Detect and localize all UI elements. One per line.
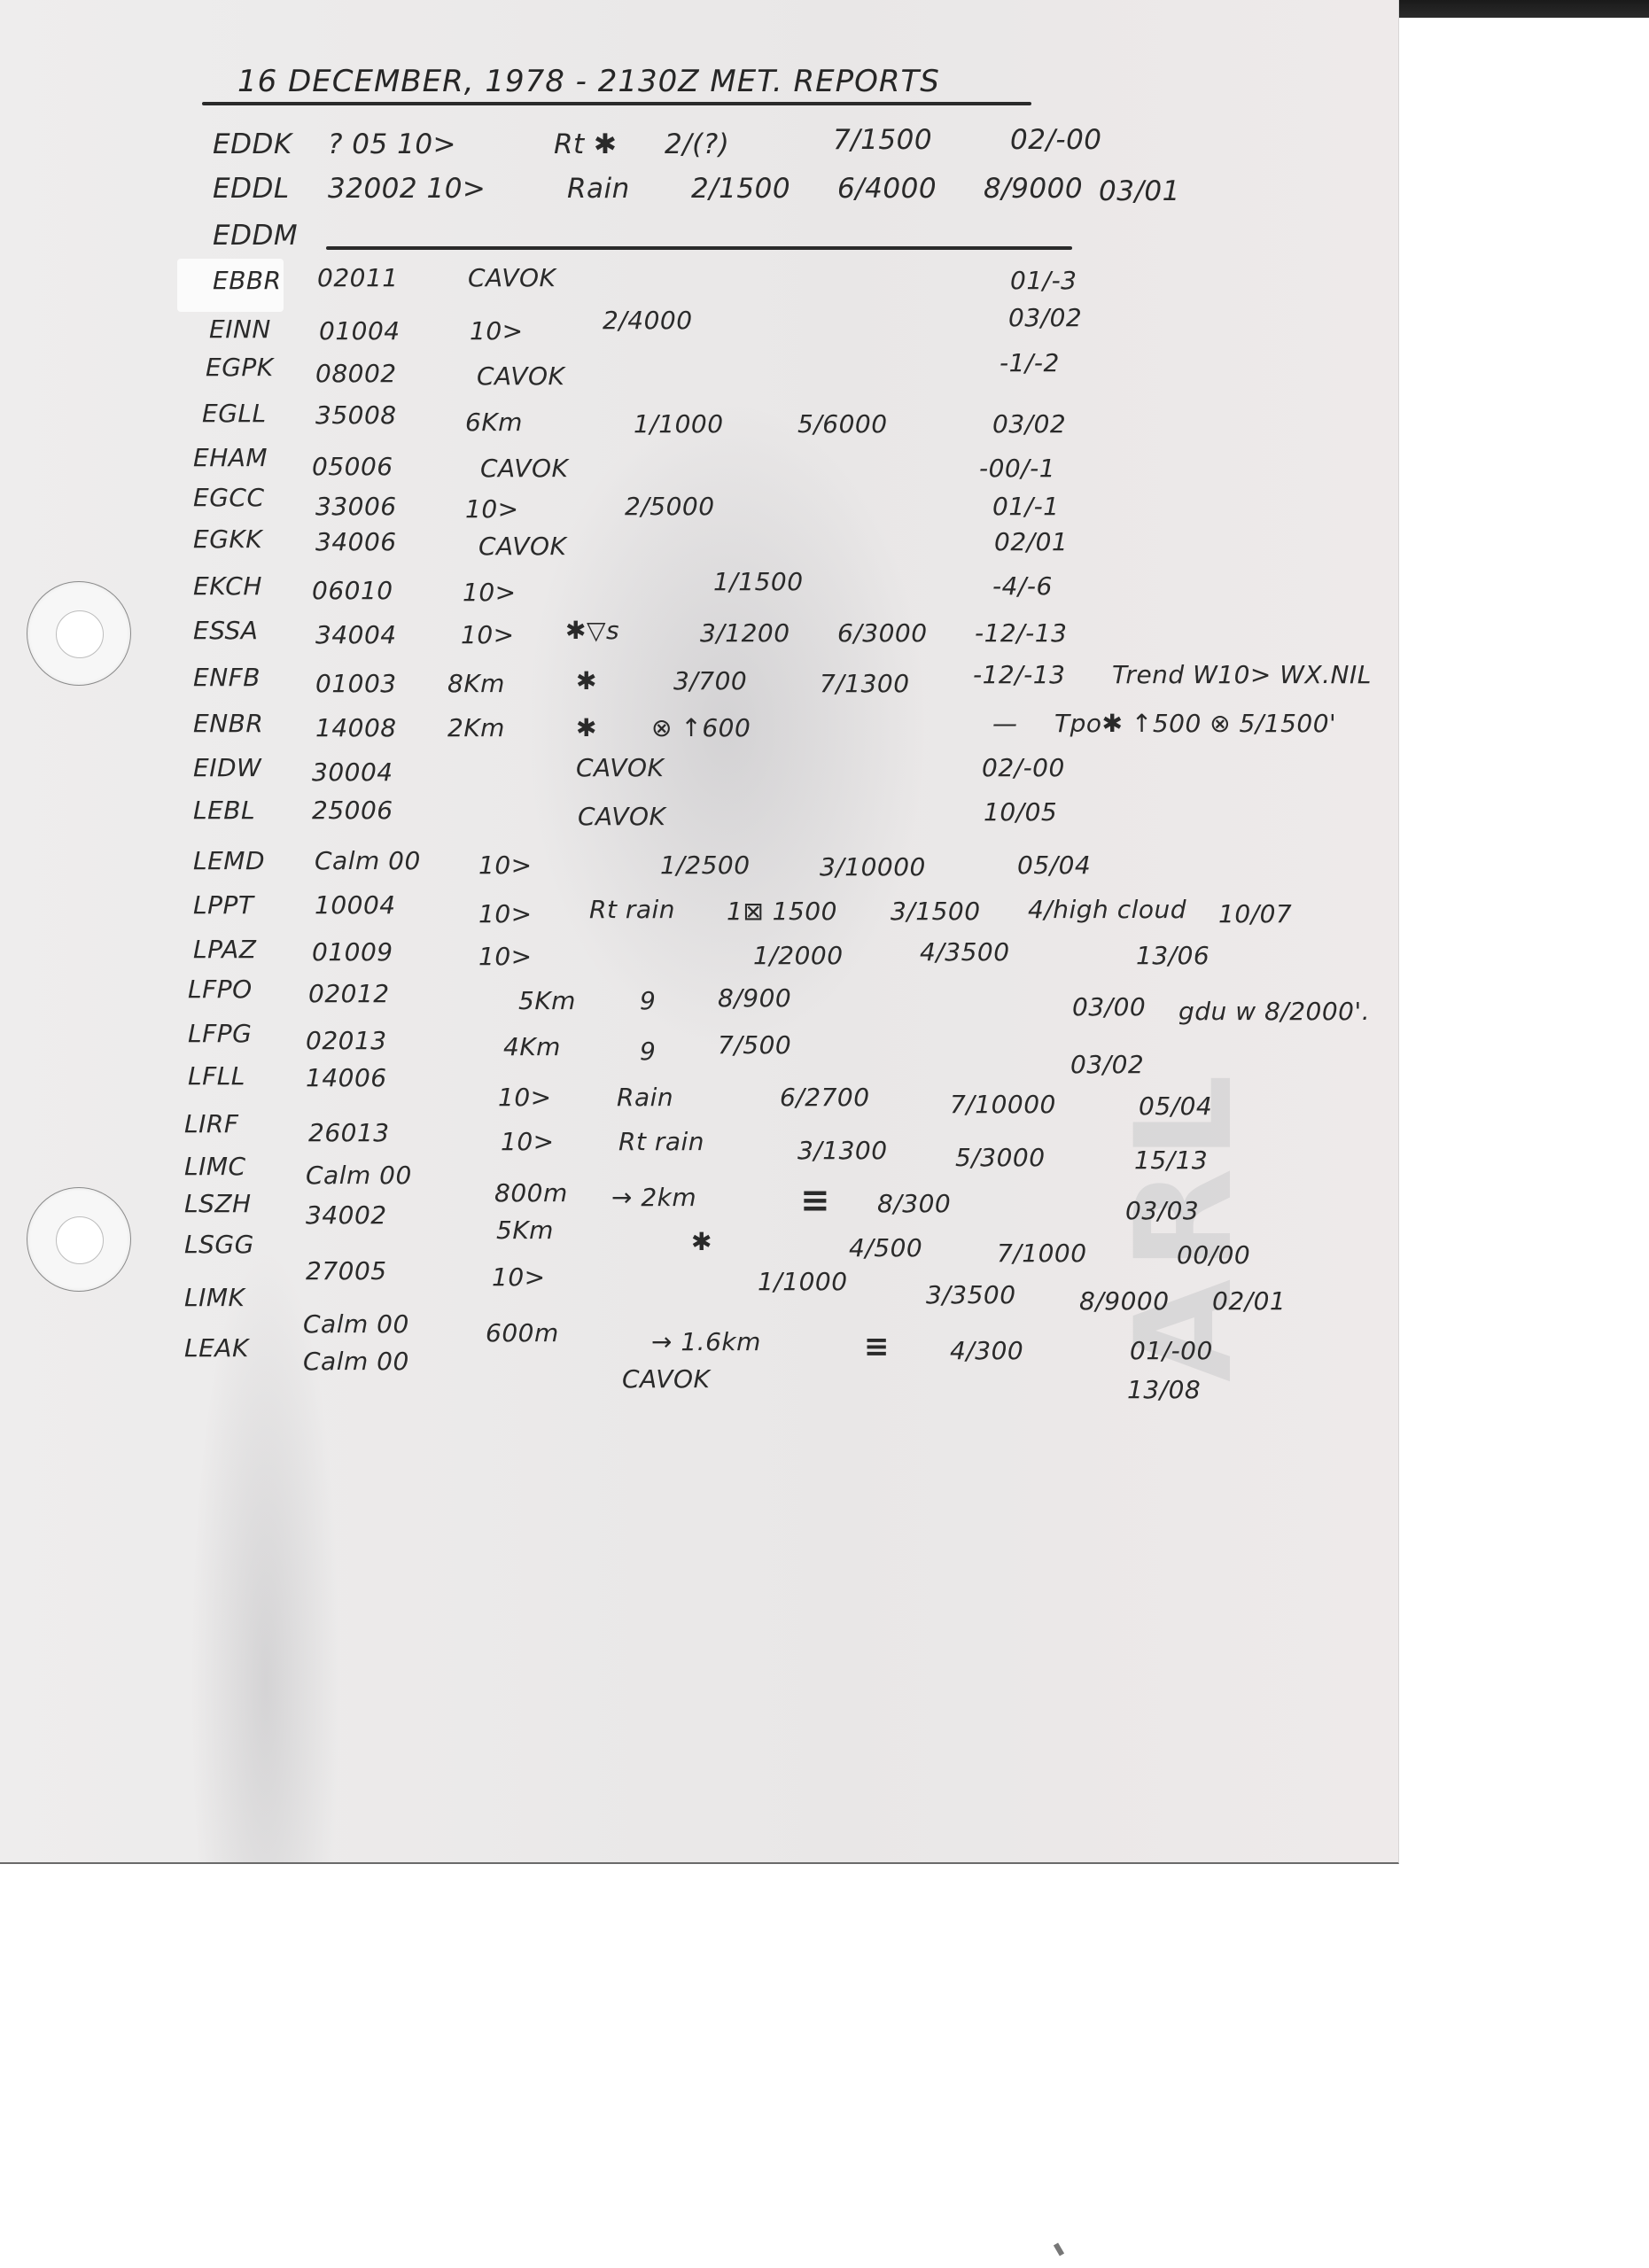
station-code: LPPT [193,890,253,920]
weather: Rt rain [618,1127,704,1156]
paper-sheet: ARL 16 DECEMBER, 1978 - 2130Z MET. REPOR… [0,0,1399,1864]
wind: 27005 [306,1256,387,1285]
temp-dew: 02/-00 [1010,124,1102,156]
wind: 32002 10> [328,173,486,205]
visibility: 10> [498,1083,552,1112]
wind: 33006 [315,492,397,521]
section-divider [326,246,1072,250]
cloud-2: 5/6000 [797,409,888,439]
cloud-1: 1/1500 [713,567,804,596]
station-code: ESSA [193,616,258,645]
cloud-1: 3/1200 [700,618,790,648]
visibility: 10> [461,620,515,649]
wind: 34006 [315,527,397,556]
temp-dew: 15/13 [1134,1146,1208,1175]
cloud-2: 3/1500 [891,897,981,926]
wind: 02012 [308,979,390,1008]
visibility: 6Km [465,408,523,437]
wind: 30004 [312,757,393,787]
cloud-2: 7/1000 [997,1239,1087,1268]
visibility: 10> [492,1262,546,1292]
visibility: 600m [486,1318,559,1348]
weather-symbol: ✱▽s [565,616,619,645]
wind: 01003 [315,669,397,698]
wind: ? 05 10> [328,128,456,160]
wind: 01004 [319,316,401,346]
visibility: 10> [478,942,533,971]
wind: Calm 00 [315,846,421,875]
visibility: 4Km [503,1032,561,1061]
station-code: EINN [209,315,271,344]
wind: Calm 00 [303,1309,409,1339]
scanner-edge [1398,0,1649,18]
cloud-1: 8/300 [877,1189,951,1218]
station-code: LIMK [184,1283,245,1312]
trend-note: gdu w 8/2000'. [1178,997,1370,1026]
temp-dew: 01/-3 [1010,266,1077,295]
cloud-3: 8/9000 [984,173,1083,205]
temp-dew: 00/00 [1177,1240,1250,1270]
station-code: LFPO [188,975,253,1004]
temp-dew: 10/05 [984,797,1057,827]
station-code: EHAM [193,443,268,472]
station-code: EDDL [213,173,290,205]
cloud-2: 7/1300 [820,669,910,698]
visibility: 8Km [447,669,505,698]
cloud-2: 6/4000 [837,173,937,205]
weather: Rain [567,173,630,205]
title-underline [202,102,1031,105]
station-code: EGKK [193,524,262,554]
temp-dew: 02/01 [994,527,1068,556]
temp-dew: — [992,709,1018,738]
station-code: EKCH [193,571,262,601]
cloud-1: 7/500 [718,1030,791,1060]
weather: CAVOK [478,532,566,561]
wind: 10004 [315,890,396,920]
cloud-1: 8/900 [718,983,791,1013]
temp-dew: -1/-2 [1000,348,1060,377]
fog-symbol: ≡ [800,1180,830,1221]
station-code: EGPK [206,353,274,382]
weather: CAVOK [477,361,564,391]
temp-dew: 01/-00 [1130,1336,1213,1365]
temp-dew: 03/02 [1008,303,1082,332]
punch-hole-inner [56,1216,104,1264]
station-code: EDDK [213,128,292,160]
cloud-1: 2/5000 [625,492,715,521]
cloud-2: 6/3000 [837,618,928,648]
trend-note: Tpo✱ ↑500 ⊗ 5/1500' [1054,709,1336,738]
temp-dew: -12/-13 [973,660,1065,689]
temp-dew: 05/04 [1017,850,1091,880]
weather: Rain [617,1083,673,1112]
cloud-3: 8/9000 [1079,1286,1170,1316]
cloud-2: 4/3500 [920,937,1010,967]
cloud-2: 7/10000 [950,1090,1056,1119]
weather: 9 [640,1037,656,1066]
visibility-trend: → 1.6km [651,1327,761,1356]
cloud-3: 4/high cloud [1028,895,1186,924]
visibility: 10> [465,494,519,524]
punch-hole-bottom [27,1187,131,1292]
weather: CAVOK [622,1364,710,1394]
wind: 35008 [315,400,397,430]
weather-symbol: ✱ [576,666,597,695]
temp-dew: 03/02 [992,409,1066,439]
station-code: LIRF [184,1109,238,1138]
wind: 08002 [315,359,397,388]
station-code: LSZH [184,1189,252,1218]
cloud-1: 2/4000 [603,306,693,335]
station-code: EIDW [193,753,261,782]
temp-dew: 02/-00 [982,753,1065,782]
cloud-1: 4/300 [950,1336,1023,1365]
fog-symbol: ≡ [864,1329,890,1364]
station-code: EGLL [202,399,267,428]
wind: Calm 00 [306,1161,412,1190]
temp-dew: 01/-1 [992,492,1059,521]
visibility: 2Km [447,713,505,742]
temp-dew: 05/04 [1139,1091,1212,1121]
wind: 02011 [317,263,399,292]
visibility: 10> [501,1127,555,1156]
cloud-1: 2/1500 [691,173,790,205]
weather: Rt rain [589,895,675,924]
wind: 06010 [312,576,393,605]
station-code: LEAK [184,1333,249,1363]
station-code: EDDM [213,220,298,252]
visibility: 10> [463,578,517,607]
wind: 34004 [315,620,397,649]
wind: 05006 [312,452,393,481]
weather: 9 [640,986,656,1015]
punch-hole-inner [56,610,104,658]
visibility: 10> [478,899,533,928]
station-code: LSGG [184,1230,254,1259]
temp-dew: -12/-13 [975,618,1067,648]
station-code: LFLL [188,1061,245,1091]
temp-dew: -00/-1 [979,454,1055,483]
station-code: LPAZ [193,935,256,964]
cloud-1: 3/700 [673,666,747,695]
temp-dew: 10/07 [1218,899,1292,928]
visibility: 10> [478,850,533,880]
station-code: EBBR [213,266,282,295]
visibility: 800m [494,1178,568,1208]
wind: 26013 [308,1118,390,1147]
station-code: LEMD [193,846,265,875]
cloud-1: 1⊠ 1500 [727,897,837,926]
vertical-visibility: ⊗ ↑600 [651,713,751,742]
weather: Rt ✱ [554,128,618,160]
wind: 01009 [312,937,393,967]
page-title: 16 DECEMBER, 1978 - 2130Z MET. REPORTS [237,64,940,99]
visibility-trend: → 2km [611,1183,696,1212]
cloud-1: 2/(?) [665,128,729,160]
cloud-2: 3/10000 [820,852,926,882]
cloud-1: 1/2500 [660,850,751,880]
temp-dew: 03/03 [1125,1196,1199,1225]
wind: 14008 [315,713,397,742]
cloud-1: 1/2000 [753,941,844,970]
station-code: ENBR [193,709,263,738]
station-code: LEBL [193,796,255,825]
temp-dew: 03/02 [1070,1050,1144,1079]
weather: CAVOK [468,263,556,292]
wind: 14006 [306,1063,387,1092]
cloud-2: 7/1500 [833,124,932,156]
temp-dew: 13/06 [1136,941,1210,970]
cloud-1: 1/1000 [634,409,724,439]
station-code: LFPG [188,1019,252,1048]
visibility: 5Km [496,1216,554,1245]
cloud-1: 6/2700 [780,1083,870,1112]
weather: CAVOK [578,802,665,831]
cloud-1: 3/1300 [797,1136,888,1165]
station-code: ENFB [193,663,261,692]
temp-dew: -4/-6 [992,571,1053,601]
visibility: 10> [470,316,524,346]
wind: 02013 [306,1026,387,1055]
scan-speck [1054,2242,1064,2256]
cloud-2: 5/3000 [955,1143,1046,1172]
weather-symbol: ✱ [576,713,597,742]
weather: CAVOK [576,753,664,782]
cloud-2: 3/3500 [926,1280,1016,1309]
temp-dew: 13/08 [1127,1375,1201,1404]
temp-dew: 02/01 [1212,1286,1286,1316]
weather: CAVOK [480,454,568,483]
wind: Calm 00 [303,1347,409,1376]
weather-symbol: ✱ [691,1227,712,1256]
visibility: 5Km [518,986,576,1015]
station-code: EGCC [193,483,265,512]
temp-dew: 03/01 [1099,175,1180,207]
cloud-1: 1/1000 [758,1267,848,1296]
wind: 34002 [306,1200,387,1230]
wind: 25006 [312,796,393,825]
punch-hole-top [27,581,131,686]
trend-note: Trend W10> WX.NIL [1112,660,1372,689]
station-code: LIMC [184,1152,246,1181]
temp-dew: 03/00 [1072,992,1146,1021]
cloud-1: 4/500 [849,1233,922,1262]
